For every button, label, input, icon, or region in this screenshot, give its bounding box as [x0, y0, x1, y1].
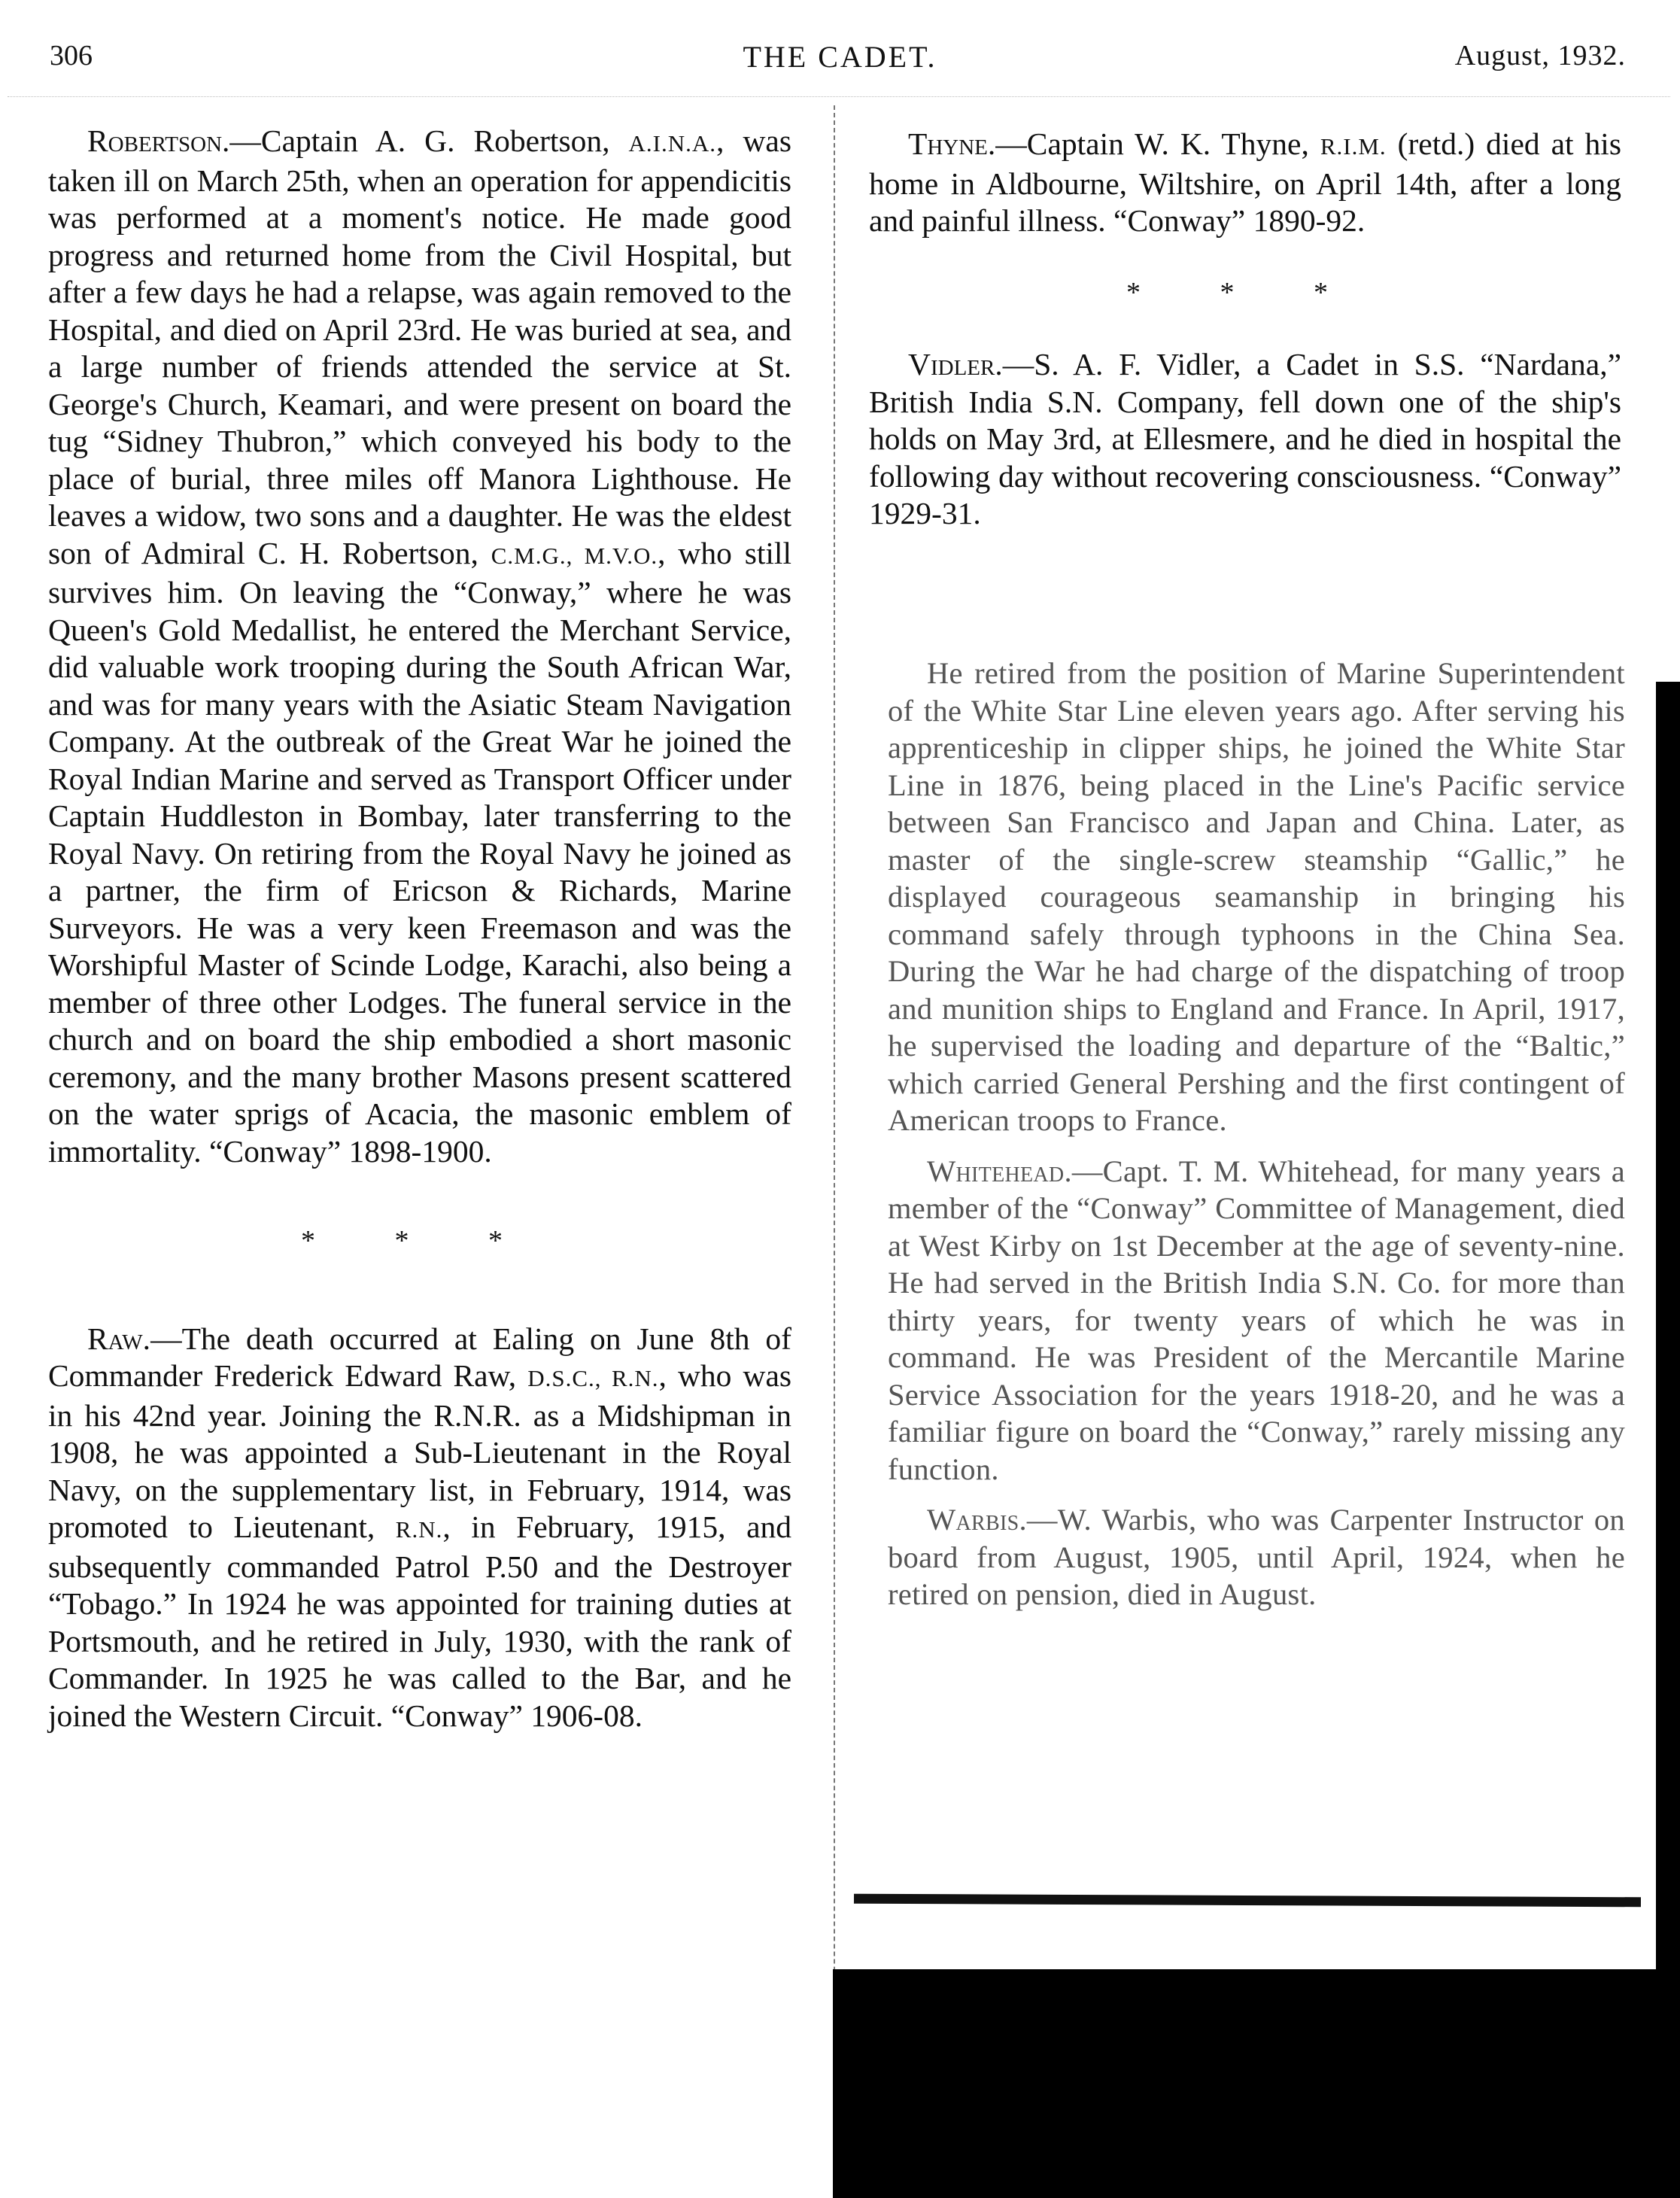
- page-header: 306 THE CADET. August, 1932.: [0, 39, 1680, 84]
- honours: R.N.: [396, 1516, 443, 1543]
- obituary-name: Robertson.: [87, 123, 229, 158]
- issue-date: August, 1932.: [1455, 39, 1626, 72]
- honours: R.I.M.: [1320, 133, 1387, 160]
- section-separator: * * *: [48, 1223, 791, 1260]
- obituary-name: Whitehead.: [927, 1154, 1072, 1188]
- honours: D.S.C., R.N.: [527, 1365, 658, 1391]
- column-divider: [834, 105, 835, 2197]
- obituary-name: Raw.: [87, 1321, 150, 1356]
- section-separator: * * *: [869, 275, 1621, 312]
- obituary-raw: Raw.—The death occurred at Ealing on Jun…: [48, 1321, 791, 1735]
- right-column-upper: Thyne.—Captain W. K. Thyne, R.I.M. (retd…: [869, 126, 1621, 533]
- obituary-whitehead: Whitehead.—Capt. T. M. Whitehead, for ma…: [888, 1153, 1625, 1488]
- scan-black-block: [833, 1969, 1680, 2198]
- obituary-name: Thyne.: [908, 126, 995, 161]
- right-column-lower: He retired from the position of Marine S…: [888, 655, 1625, 1627]
- section-end-rule: [854, 1894, 1641, 1908]
- publication-title: THE CADET.: [0, 39, 1680, 74]
- obituary-vidler: Vidler.—S. A. F. Vidler, a Cadet in S.S.…: [869, 346, 1621, 533]
- obituary-thyne: Thyne.—Captain W. K. Thyne, R.I.M. (retd…: [869, 126, 1621, 240]
- obituary-robertson: Robertson.—Captain A. G. Robertson, A.I.…: [48, 123, 791, 1170]
- left-column: Robertson.—Captain A. G. Robertson, A.I.…: [48, 123, 791, 1734]
- obituary-name: Vidler.: [908, 347, 1003, 382]
- obituary-warbis: Warbis.—W. Warbis, who was Carpenter Ins…: [888, 1501, 1625, 1613]
- honours: A.I.N.A.: [629, 130, 717, 157]
- honours: C.M.G., M.V.O.: [491, 543, 658, 569]
- header-rule: [8, 96, 1670, 97]
- obituary-name: Warbis.: [927, 1503, 1027, 1537]
- retired-paragraph: He retired from the position of Marine S…: [888, 655, 1625, 1139]
